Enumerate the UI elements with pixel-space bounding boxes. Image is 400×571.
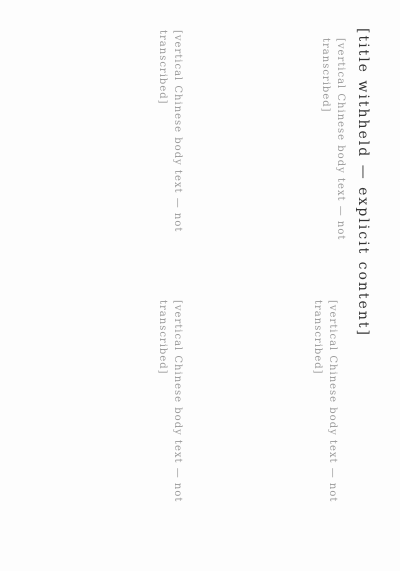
text-block: [vertical Chinese body text — not transc… (190, 300, 340, 550)
chapter-title: [title withheld — explicit content] (355, 28, 371, 337)
document-page: [title withheld — explicit content] [ver… (0, 0, 400, 571)
text-block: [vertical Chinese body text — not transc… (188, 38, 348, 288)
text-block: [vertical Chinese body text — not transc… (10, 300, 185, 550)
text-block: [vertical Chinese body text — not transc… (10, 30, 185, 290)
